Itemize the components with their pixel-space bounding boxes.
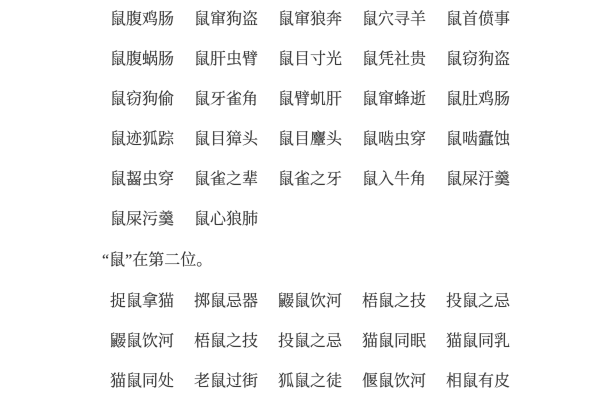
idiom-item: 鼹鼠饮河	[110, 334, 174, 350]
idiom-row: 鼠腹蜗肠 鼠肝虫臂 鼠目寸光 鼠凭社贵 鼠窃狗盗	[0, 40, 600, 80]
idiom-item: 鼠窜狗盗	[194, 12, 258, 28]
idiom-item: 梧鼠之技	[194, 334, 258, 350]
idiom-item: 鼠雀之牙	[278, 172, 342, 188]
idiom-item: 老鼠过街	[194, 374, 258, 390]
idiom-item: 鼠啮蠹蚀	[446, 132, 510, 148]
idiom-row: 鼹鼠饮河 梧鼠之技 投鼠之忌 猫鼠同眠 猫鼠同乳	[0, 322, 600, 362]
idiom-row: 鼠腹鸡肠 鼠窜狗盗 鼠窜狼奔 鼠穴寻羊 鼠首偾事	[0, 0, 600, 40]
idiom-item: 鼠窃狗偷	[110, 92, 174, 108]
idiom-item: 鼠穴寻羊	[362, 12, 426, 28]
idiom-row: 鼠迹狐踪 鼠目獐头 鼠目麞头 鼠啮虫穿 鼠啮蠹蚀	[0, 120, 600, 160]
idiom-item: 鼠齧虫穿	[110, 172, 174, 188]
idiom-item: 猫鼠同眠	[362, 334, 426, 350]
idiom-item: 鼠屎污羹	[110, 212, 174, 228]
idiom-row: 鼠窃狗偷 鼠牙雀角 鼠臂虮肝 鼠窜蜂逝 鼠肚鸡肠	[0, 80, 600, 120]
idiom-item: 捉鼠拿猫	[110, 294, 174, 310]
idiom-item: 猫鼠同处	[110, 374, 174, 390]
idiom-item: 鼠凭社贵	[362, 52, 426, 68]
idiom-item: 鼠肝虫臂	[194, 52, 258, 68]
idiom-item: 鼠目獐头	[194, 132, 258, 148]
idiom-item: 鼠首偾事	[446, 12, 510, 28]
idiom-item: 鼠屎汙羹	[446, 172, 510, 188]
idiom-row: 猫鼠同处 老鼠过街 狐鼠之徒 偃鼠饮河 相鼠有皮	[0, 362, 600, 400]
document-page: 鼠腹鸡肠 鼠窜狗盗 鼠窜狼奔 鼠穴寻羊 鼠首偾事 鼠腹蜗肠 鼠肝虫臂 鼠目寸光 …	[0, 0, 600, 400]
idiom-item: 鼠目麞头	[278, 132, 342, 148]
idiom-item: 掷鼠忌器	[194, 294, 258, 310]
idiom-item: 鼠牙雀角	[194, 92, 258, 108]
idiom-item: 投鼠之忌	[278, 334, 342, 350]
idiom-item: 鼠窜蜂逝	[362, 92, 426, 108]
idiom-row: 鼠屎污羹 鼠心狼肺	[0, 200, 600, 240]
idiom-row: 鼠齧虫穿 鼠雀之辈 鼠雀之牙 鼠入牛角 鼠屎汙羹	[0, 160, 600, 200]
idiom-item: 鼠腹蜗肠	[110, 52, 174, 68]
idiom-item: 偃鼠饮河	[362, 374, 426, 390]
idiom-item: 鼠肚鸡肠	[446, 92, 510, 108]
idiom-item: 鼠窃狗盗	[446, 52, 510, 68]
idiom-item: 鼠入牛角	[362, 172, 426, 188]
idiom-item: 鼹鼠饮河	[278, 294, 342, 310]
idiom-item: 鼠心狼肺	[194, 212, 258, 228]
idiom-row: 捉鼠拿猫 掷鼠忌器 鼹鼠饮河 梧鼠之技 投鼠之忌	[0, 282, 600, 322]
section-heading: “鼠”在第二位。	[102, 253, 212, 269]
section-heading-row: “鼠”在第二位。	[0, 240, 600, 282]
idiom-item: 狐鼠之徒	[278, 374, 342, 390]
idiom-item: 鼠目寸光	[278, 52, 342, 68]
idiom-item: 鼠窜狼奔	[278, 12, 342, 28]
idiom-item: 相鼠有皮	[446, 374, 510, 390]
idiom-item: 鼠腹鸡肠	[110, 12, 174, 28]
idiom-item: 鼠迹狐踪	[110, 132, 174, 148]
idiom-item: 鼠雀之辈	[194, 172, 258, 188]
idiom-item: 鼠臂虮肝	[278, 92, 342, 108]
idiom-item: 鼠啮虫穿	[362, 132, 426, 148]
idiom-item: 投鼠之忌	[446, 294, 510, 310]
idiom-item: 猫鼠同乳	[446, 334, 510, 350]
idiom-item: 梧鼠之技	[362, 294, 426, 310]
